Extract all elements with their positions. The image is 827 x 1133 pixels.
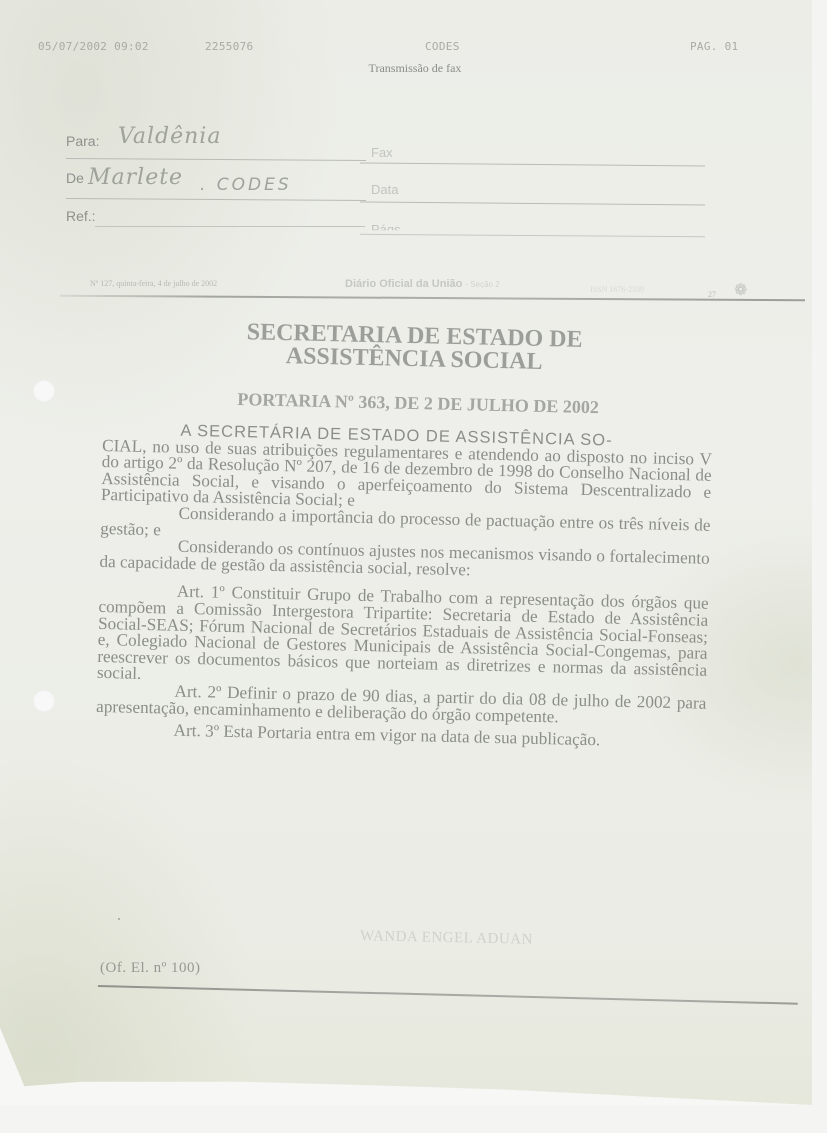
date-label: Data xyxy=(371,182,398,197)
fax-datetime: 05/07/2002 09:02 xyxy=(38,40,149,53)
gazette-issue-info: Nº 127, quinta-feira, 4 de julho de 2002 xyxy=(90,279,217,288)
gazette-section: - Seção 2 xyxy=(465,280,499,289)
portaria-document: SECRETARIA DE ESTADO DE ASSISTÊNCIA SOCI… xyxy=(95,318,714,751)
from-handwritten-name: Marlete xyxy=(88,165,183,190)
document-body: A SECRETÁRIA DE ESTADO DE ASSISTÊNCIA SO… xyxy=(95,421,712,751)
fax-number: 2255076 xyxy=(205,40,253,53)
gazette-page-number: 27 xyxy=(708,290,716,299)
speck xyxy=(118,918,120,920)
signature-name: WANDA ENGEL ADUAN xyxy=(360,928,533,949)
gazette-title: Diário Oficial da União - Seção 2 xyxy=(345,278,500,290)
fax-sender-station: CODES xyxy=(425,40,460,53)
gazette-issn: ISSN 1676-2339 xyxy=(590,285,644,294)
fax-page-number: PAG. 01 xyxy=(690,40,738,53)
from-handwritten-org: . CODES xyxy=(200,175,292,195)
form-line xyxy=(95,226,365,227)
page-edge xyxy=(812,0,827,1133)
scan-background xyxy=(0,1105,827,1133)
to-label: Para: xyxy=(66,133,99,149)
fax-label: Fax xyxy=(371,145,393,160)
article-1: Art. 1º Constituir Grupo de Trabalho com… xyxy=(97,582,709,695)
punch-hole-icon xyxy=(33,380,55,402)
to-handwritten-value: Valdênia xyxy=(118,124,221,149)
coat-of-arms-icon: ❁ xyxy=(734,280,747,300)
from-label: De xyxy=(66,170,84,186)
office-reference: (Of. El. nº 100) xyxy=(100,960,201,977)
fax-transmission-header: 05/07/2002 09:02 2255076 CODES PAG. 01 xyxy=(0,40,812,54)
portaria-title: PORTARIA Nº 363, DE 2 DE JULHO DE 2002 xyxy=(123,386,713,420)
gazette-title-text: Diário Oficial da União xyxy=(345,278,462,290)
punch-hole-icon xyxy=(33,690,55,712)
fax-subtitle: Transmissão de fax xyxy=(0,61,827,76)
ref-label: Ref.: xyxy=(66,208,96,224)
